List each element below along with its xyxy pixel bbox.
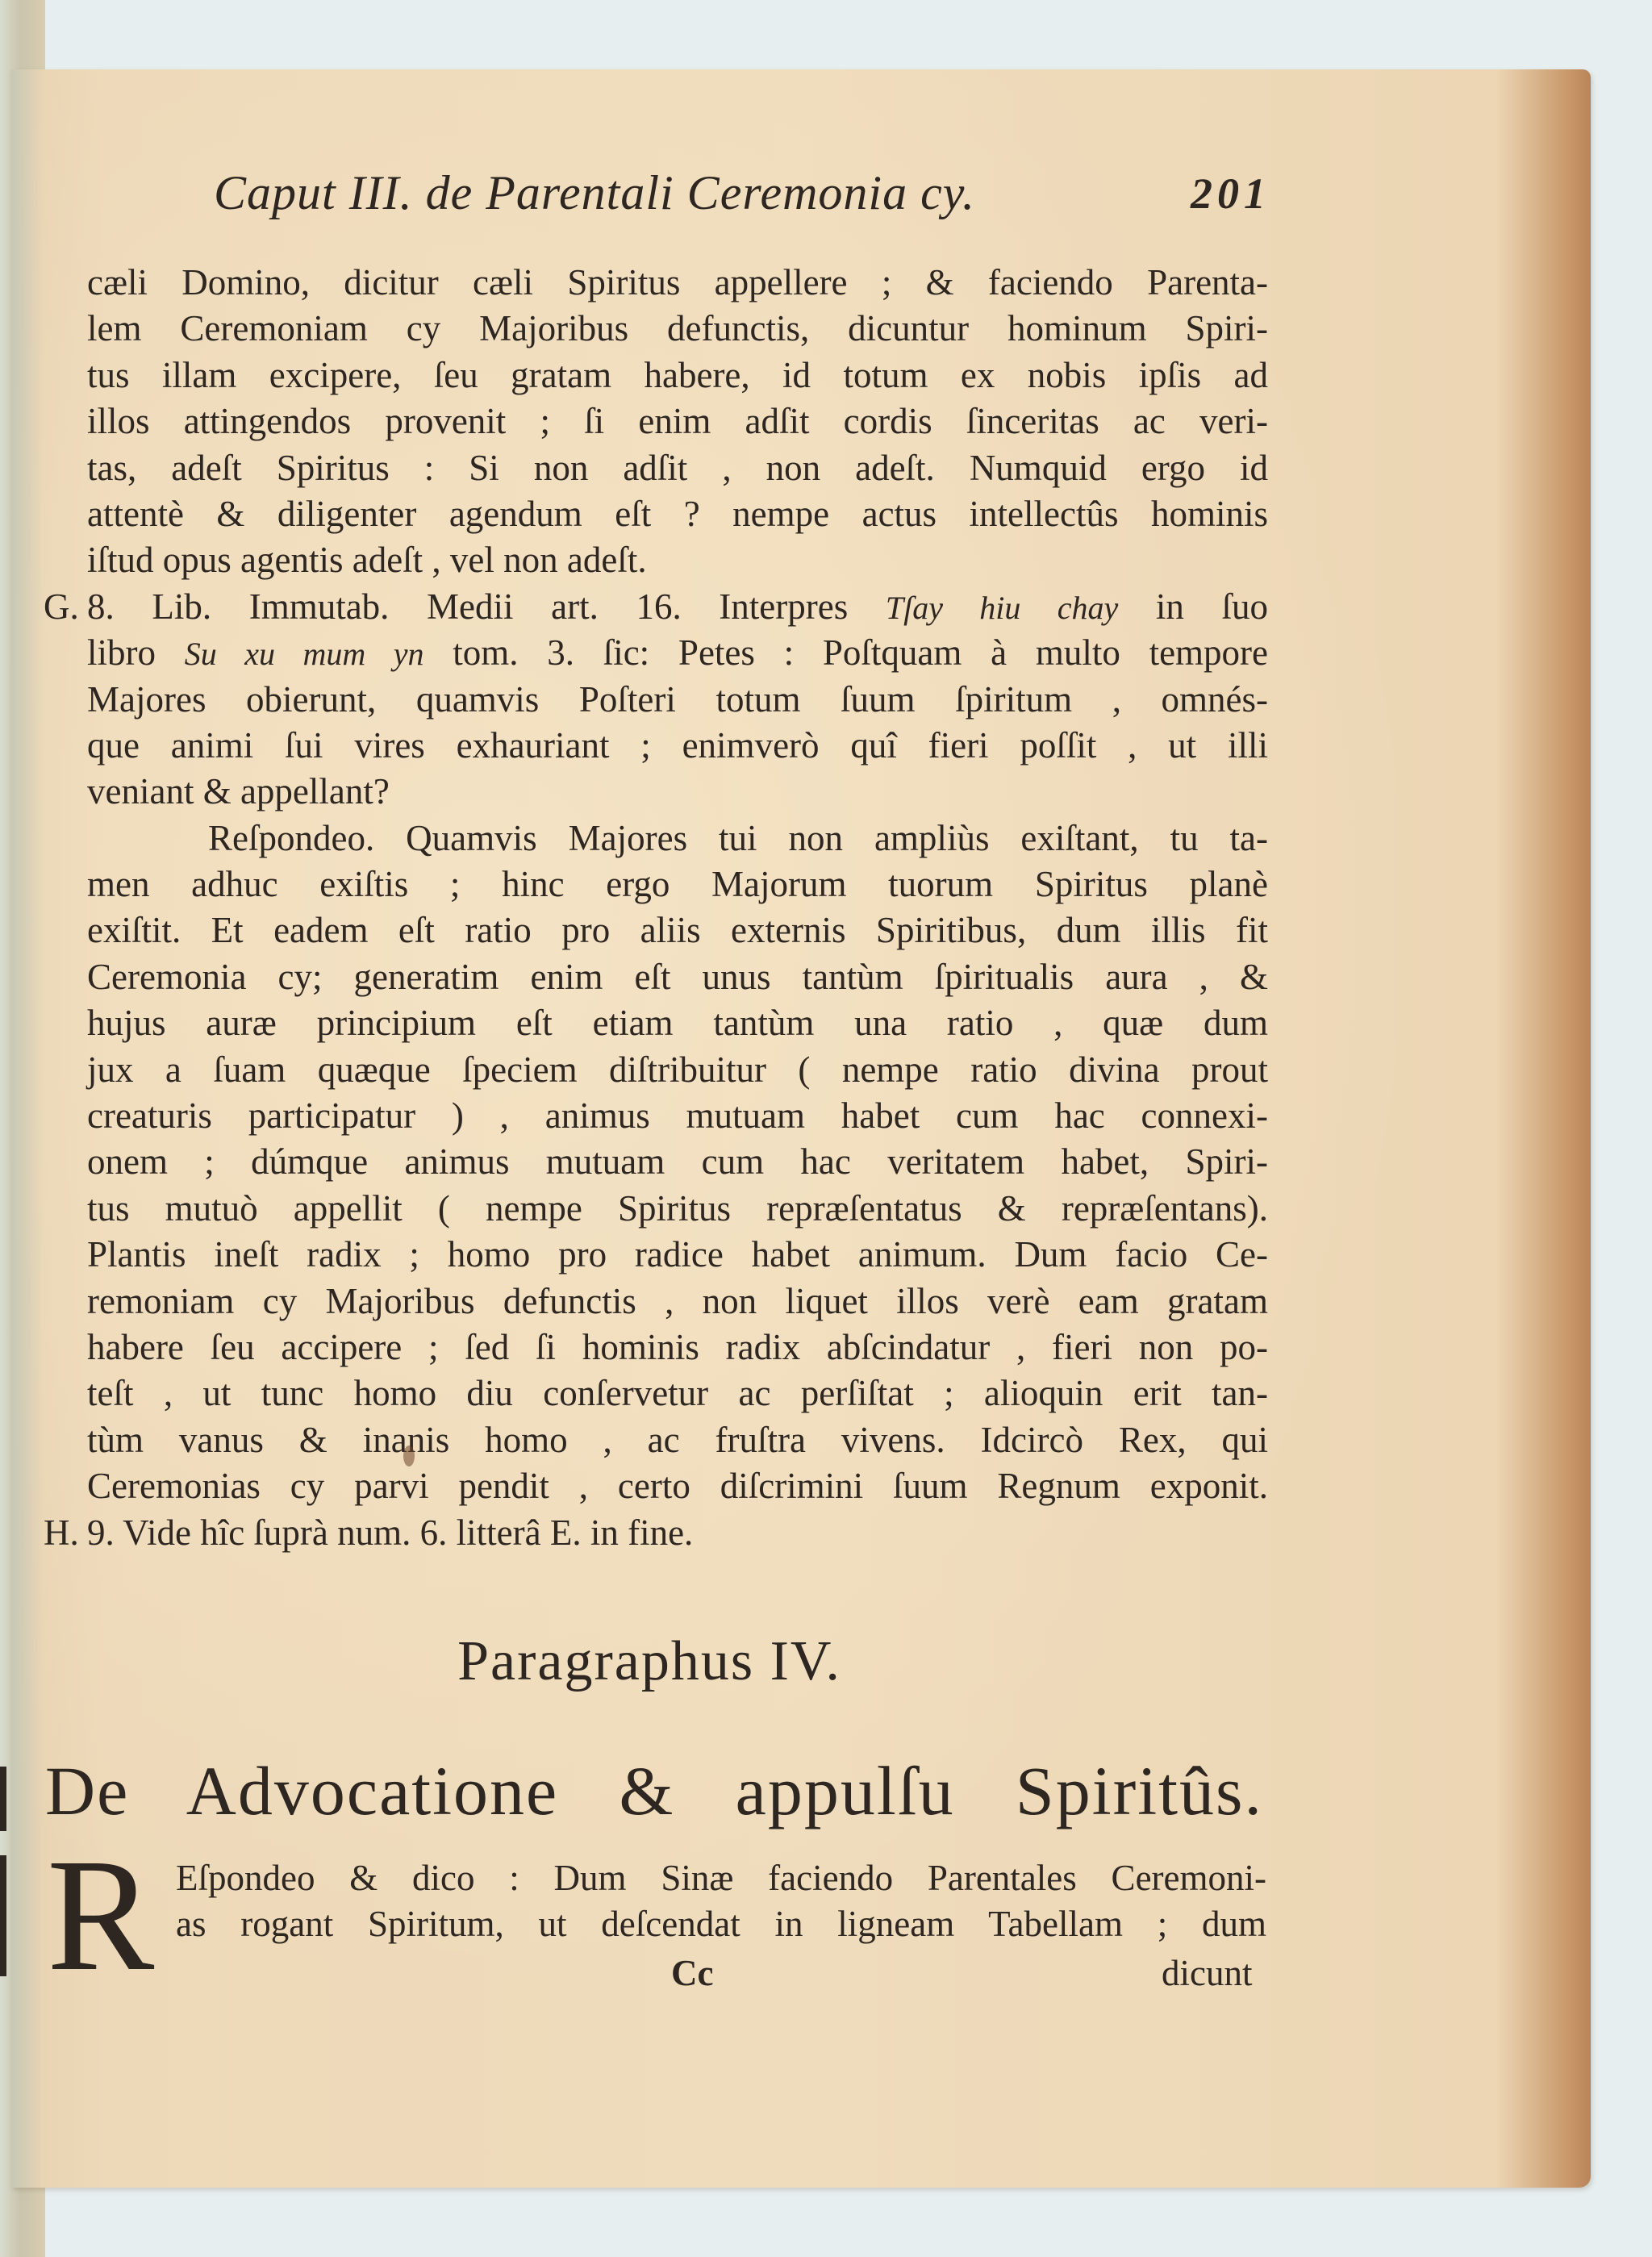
text-line: as rogant Spiritum, ut deſcendat in lign… (176, 1901, 1266, 1947)
ink-stain (403, 1446, 415, 1466)
running-head-title: Caput III. de Parentali Ceremonia cy. (214, 165, 975, 221)
text-line: jux a ſuam quæque ſpeciem diſtribuitur (… (87, 1047, 1268, 1093)
text-line: lem Ceremoniam cy Majoribus defunctis, d… (87, 306, 1268, 352)
text-line: Majores obierunt, quamvis Poſteri totum … (87, 677, 1268, 723)
margin-mark (0, 1767, 6, 1831)
text-line: Ceremonias cy parvi pendit , certo diſcr… (87, 1463, 1268, 1509)
text-line: remoniam cy Majoribus defunctis , non li… (87, 1279, 1268, 1325)
text-line: tus illam excipere, ſeu gratam habere, i… (87, 353, 1268, 398)
text-line: Plantis ineſt radix ; homo pro radice ha… (87, 1232, 1268, 1278)
section-heading: Paragraphus IV. (0, 1629, 1299, 1694)
page-number: 201 (1191, 169, 1270, 219)
text-run: 8. Lib. Immutab. Medii art. 16. Interpre… (87, 586, 886, 627)
section-title: De Advocatione & appulſu Spiritûs. (45, 1750, 1263, 1831)
drop-cap: R (47, 1839, 154, 1992)
text-line: onem ; dúmque animus mutuam cum hac veri… (87, 1139, 1268, 1185)
margin-mark (0, 1855, 6, 1976)
text-line: tas, adeſt Spiritus : Si non adſit , non… (87, 445, 1268, 491)
note-g: G. 8. Lib. Immutab. Medii art. 16. Inter… (87, 584, 1268, 816)
text-line: 9. Vide hîc ſuprà num. 6. litterâ E. in … (87, 1510, 1268, 1556)
text-line: hujus auræ principium eſt etiam tantùm u… (87, 1000, 1268, 1046)
page-binding-shadow (11, 69, 44, 2188)
text-line: attentè & diligenter agendum eſt ? nempe… (87, 491, 1268, 537)
text-line: Ceremonia cy; generatim enim eſt unus ta… (87, 954, 1268, 1000)
text-line: Eſpondeo & dico : Dum Sinæ faciendo Pare… (176, 1855, 1266, 1901)
text-line: tus mutuò appellit ( nempe Spiritus repr… (87, 1186, 1268, 1232)
italic-name: Tſay hiu chay (886, 590, 1118, 626)
text-run: tom. 3. ſic: Petes : Poſtquam à multo te… (423, 632, 1268, 673)
text-line: teſt , ut tunc homo diu conſervetur ac p… (87, 1370, 1268, 1416)
response-paragraph: Reſpondeo. Quamvis Majores tui non ampli… (87, 816, 1268, 1510)
text-line: Reſpondeo. Quamvis Majores tui non ampli… (87, 816, 1268, 861)
text-run: libro (87, 632, 185, 673)
italic-title: Su xu mum yn (185, 636, 424, 672)
text-line: habere ſeu accipere ; ſed ſi hominis rad… (87, 1325, 1268, 1370)
opening-paragraph: Eſpondeo & dico : Dum Sinæ faciendo Pare… (176, 1855, 1266, 1948)
text-line: creaturis participatur ) , animus mutuam… (87, 1093, 1268, 1139)
note-h: H. 9. Vide hîc ſuprà num. 6. litterâ E. … (87, 1510, 1268, 1556)
catchword: dicunt (1162, 1952, 1252, 1994)
text-line: libro Su xu mum yn tom. 3. ſic: Petes : … (87, 630, 1268, 676)
text-line: illos attingendos provenit ; ſi enim adſ… (87, 398, 1268, 444)
running-head: Caput III. de Parentali Ceremonia cy. 20… (214, 165, 1270, 230)
text-line: veniant & appellant? (87, 769, 1268, 815)
note-marker: H. (44, 1510, 79, 1556)
text-line: exiſtit. Et eadem eſt ratio pro aliis ex… (87, 907, 1268, 953)
text-line: 8. Lib. Immutab. Medii art. 16. Interpre… (87, 584, 1268, 630)
text-line: que animi ſui vires exhauriant ; enimver… (87, 723, 1268, 769)
text-line: iſtud opus agentis adeſt , vel non adeſt… (87, 537, 1268, 583)
text-run: in ſuo (1118, 586, 1268, 627)
note-marker: G. (44, 584, 79, 630)
text-line: men adhuc exiſtis ; hinc ergo Majorum tu… (87, 861, 1268, 907)
body-text: cæli Domino, dicitur cæli Spiritus appel… (87, 260, 1268, 1556)
text-line: tùm vanus & inanis homo , ac fruſtra viv… (87, 1417, 1268, 1463)
text-line: cæli Domino, dicitur cæli Spiritus appel… (87, 260, 1268, 306)
signature-mark: Cc (671, 1952, 713, 1994)
